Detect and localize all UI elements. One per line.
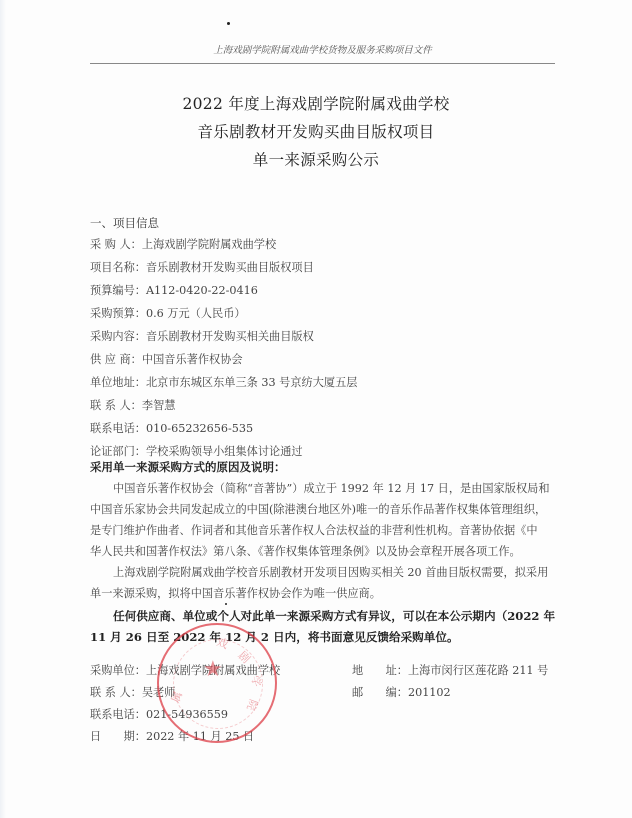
reason-paragraph-line: 单一来源采购，拟将中国音乐著作权协会作为唯一供应商。 xyxy=(90,585,548,601)
field-value: 上海戏剧学院附属戏曲学校 xyxy=(142,238,276,251)
field-label: 采购内容： xyxy=(90,328,146,344)
field-value: 201102 xyxy=(408,686,451,699)
field-label: 地 址： xyxy=(352,662,408,678)
objection-notice-line: 11 月 26 日至 2022 年 12 月 2 日内，将书面意见反馈给采购单位… xyxy=(90,629,459,645)
field-label: 采购预算： xyxy=(90,305,146,321)
field-label: 论证部门： xyxy=(90,443,146,459)
field-project-name: 项目名称：音乐剧教材开发购买曲目版权项目 xyxy=(90,259,314,275)
reason-paragraph-line: 中国音乐著作权协会（简称“音著协”）成立于 1992 年 12 月 17 日，是… xyxy=(113,480,571,496)
title-line-3: 单一来源采购公示 xyxy=(0,148,632,170)
field-label: 日 期： xyxy=(90,728,146,744)
field-label: 预算编号： xyxy=(90,282,146,298)
field-content: 采购内容：音乐剧教材开发购买相关曲目版权 xyxy=(90,328,314,344)
scan-speck xyxy=(227,22,230,25)
field-value: 中国音乐著作权协会 xyxy=(142,353,243,366)
title-line-2: 音乐剧教材开发购买曲目版权项目 xyxy=(0,120,632,142)
field-label: 联 系 人： xyxy=(90,684,142,700)
field-label: 供 应 商： xyxy=(90,351,142,367)
header-divider xyxy=(90,63,555,64)
field-label: 项目名称： xyxy=(90,259,146,275)
field-value: 音乐剧教材开发购买相关曲目版权 xyxy=(146,330,314,343)
field-value: 北京市东城区东单三条 33 号京纺大厦五层 xyxy=(146,376,358,389)
footer-purchasing-unit: 采购单位：上海戏剧学院附属戏曲学校 xyxy=(90,662,280,678)
field-label: 采 购 人： xyxy=(90,236,142,252)
footer-address: 地 址：上海市闵行区莲花路 211 号 xyxy=(352,662,548,678)
field-contact-phone: 联系电话：010-65232656-535 xyxy=(90,420,253,436)
field-label: 联 系 人： xyxy=(90,397,142,413)
section-heading-reason: 采用单一来源采购方式的原因及说明： xyxy=(90,459,286,475)
field-contact-person: 联 系 人：李智慧 xyxy=(90,397,175,413)
field-value: 2022 年 11 月 25 日 xyxy=(146,730,254,743)
field-label: 采购单位： xyxy=(90,662,146,678)
field-value: 吴老师 xyxy=(142,686,176,699)
field-value: 李智慧 xyxy=(142,399,176,412)
field-review-dept: 论证部门：学校采购领导小组集体讨论通过 xyxy=(90,443,303,459)
footer-date: 日 期：2022 年 11 月 25 日 xyxy=(90,728,254,744)
scan-speck xyxy=(225,603,227,605)
field-supplier-address: 单位地址：北京市东城区东单三条 33 号京纺大厦五层 xyxy=(90,374,358,390)
field-label: 单位地址： xyxy=(90,374,146,390)
field-label: 邮 编： xyxy=(352,684,408,700)
section-heading-project-info: 一、项目信息 xyxy=(90,215,159,231)
field-value: 0.6 万元（人民币） xyxy=(146,307,246,320)
field-value: 音乐剧教材开发购买曲目版权项目 xyxy=(146,261,314,274)
field-value: 学校采购领导小组集体讨论通过 xyxy=(146,445,303,458)
objection-notice-line: 任何供应商、单位或个人对此单一来源采购方式有异议，可以在本公示期内（2022 年 xyxy=(113,608,555,624)
field-label: 联系电话： xyxy=(90,706,146,722)
field-value: 上海市闵行区莲花路 211 号 xyxy=(408,664,548,677)
reason-paragraph-line: 中国音乐家协会共同发起成立的中国(除港澳台地区外)唯一的音乐作品著作权集体管理组… xyxy=(90,501,548,517)
field-budget-number: 预算编号：A112-0420-22-0416 xyxy=(90,282,258,298)
reason-paragraph-line: 上海戏剧学院附属戏曲学校音乐剧教材开发项目因购买相关 20 首曲目版权需要，拟采… xyxy=(113,564,571,580)
reason-paragraph-line: 华人民共和国著作权法》第八条、《著作权集体管理条例》以及协会章程开展各项工作。 xyxy=(90,543,548,559)
field-value: 021-54936559 xyxy=(146,708,228,721)
field-supplier: 供 应 商：中国音乐著作权协会 xyxy=(90,351,243,367)
seal-text: 院 xyxy=(243,697,262,713)
footer-contact-phone: 联系电话：021-54936559 xyxy=(90,706,228,722)
field-value: 010-65232656-535 xyxy=(146,422,253,435)
footer-postcode: 邮 编：201102 xyxy=(352,684,451,700)
field-purchaser: 采 购 人：上海戏剧学院附属戏曲学校 xyxy=(90,236,276,252)
footer-contact-person: 联 系 人：吴老师 xyxy=(90,684,175,700)
reason-paragraph-line: 是专门维护作曲者、作词者和其他音乐著作权人合法权益的非营利性机构。音著协依据《中 xyxy=(90,522,548,538)
field-budget: 采购预算：0.6 万元（人民币） xyxy=(90,305,246,321)
field-value: 上海戏剧学院附属戏曲学校 xyxy=(146,664,280,677)
title-line-1: 2022 年度上海戏剧学院附属戏曲学校 xyxy=(0,92,632,114)
field-label: 联系电话： xyxy=(90,420,146,436)
field-value: A112-0420-22-0416 xyxy=(146,284,258,297)
running-header: 上海戏剧学院附属戏曲学校货物及服务采购项目文件 xyxy=(90,42,555,56)
